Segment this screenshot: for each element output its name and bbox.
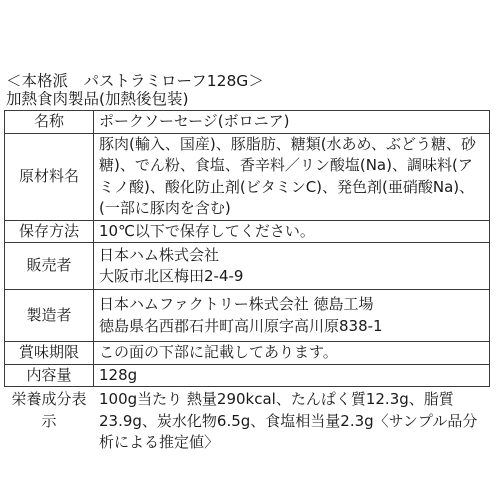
spec-value: 10℃以下で保存してください。 <box>94 220 490 243</box>
spec-value: 豚肉(輸入、国産)、豚脂肪、糖類(水あめ、ぶどう糖、砂糖)、でん粉、食塩、香辛料… <box>94 133 490 220</box>
spec-label: 原材料名 <box>5 133 94 220</box>
spec-value: 日本ハム株式会社 大阪市北区梅田2-4-9 <box>94 243 490 290</box>
spec-label: 賞味期限 <box>5 342 94 365</box>
spec-value: 100g当たり 熱量290kcal、たんぱく質12.3g、脂質23.9g、炭水化… <box>94 389 490 454</box>
table-row: 保存方法 10℃以下で保存してください。 <box>5 220 490 243</box>
spec-label: 販売者 <box>5 243 94 290</box>
table-row: 内容量 128g <box>5 364 490 387</box>
spec-value: この面の下部に記載してあります。 <box>94 342 490 365</box>
spec-value: 128g <box>94 364 490 387</box>
table-row: 名称 ポークソーセージ(ボロニア) <box>5 111 490 134</box>
nutrition-row: 栄養成分表 示 100g当たり 熱量290kcal、たんぱく質12.3g、脂質2… <box>4 389 490 454</box>
spec-label: 名称 <box>5 111 94 134</box>
spec-value: 日本ハムファクトリー株式会社 徳島工場 徳島県名西郡石井町高川原字高川原838-… <box>94 290 490 342</box>
product-label-sheet: ＜本格派 パストラミローフ128G＞ 加熱食肉製品(加熱後包装) 名称 ポークソ… <box>0 0 500 500</box>
product-title: ＜本格派 パストラミローフ128G＞ <box>6 72 490 90</box>
spec-value: ポークソーセージ(ボロニア) <box>94 111 490 134</box>
label-content: ＜本格派 パストラミローフ128G＞ 加熱食肉製品(加熱後包装) 名称 ポークソ… <box>4 72 490 454</box>
spec-label: 栄養成分表 示 <box>4 389 94 454</box>
table-row: 販売者 日本ハム株式会社 大阪市北区梅田2-4-9 <box>5 243 490 290</box>
product-category: 加熱食肉製品(加熱後包装) <box>6 90 490 108</box>
spec-table: 名称 ポークソーセージ(ボロニア) 原材料名 豚肉(輸入、国産)、豚脂肪、糖類(… <box>4 110 490 387</box>
spec-label: 内容量 <box>5 364 94 387</box>
table-row: 製造者 日本ハムファクトリー株式会社 徳島工場 徳島県名西郡石井町高川原字高川原… <box>5 290 490 342</box>
table-row: 賞味期限 この面の下部に記載してあります。 <box>5 342 490 365</box>
table-row: 原材料名 豚肉(輸入、国産)、豚脂肪、糖類(水あめ、ぶどう糖、砂糖)、でん粉、食… <box>5 133 490 220</box>
spec-label: 製造者 <box>5 290 94 342</box>
spec-label: 保存方法 <box>5 220 94 243</box>
